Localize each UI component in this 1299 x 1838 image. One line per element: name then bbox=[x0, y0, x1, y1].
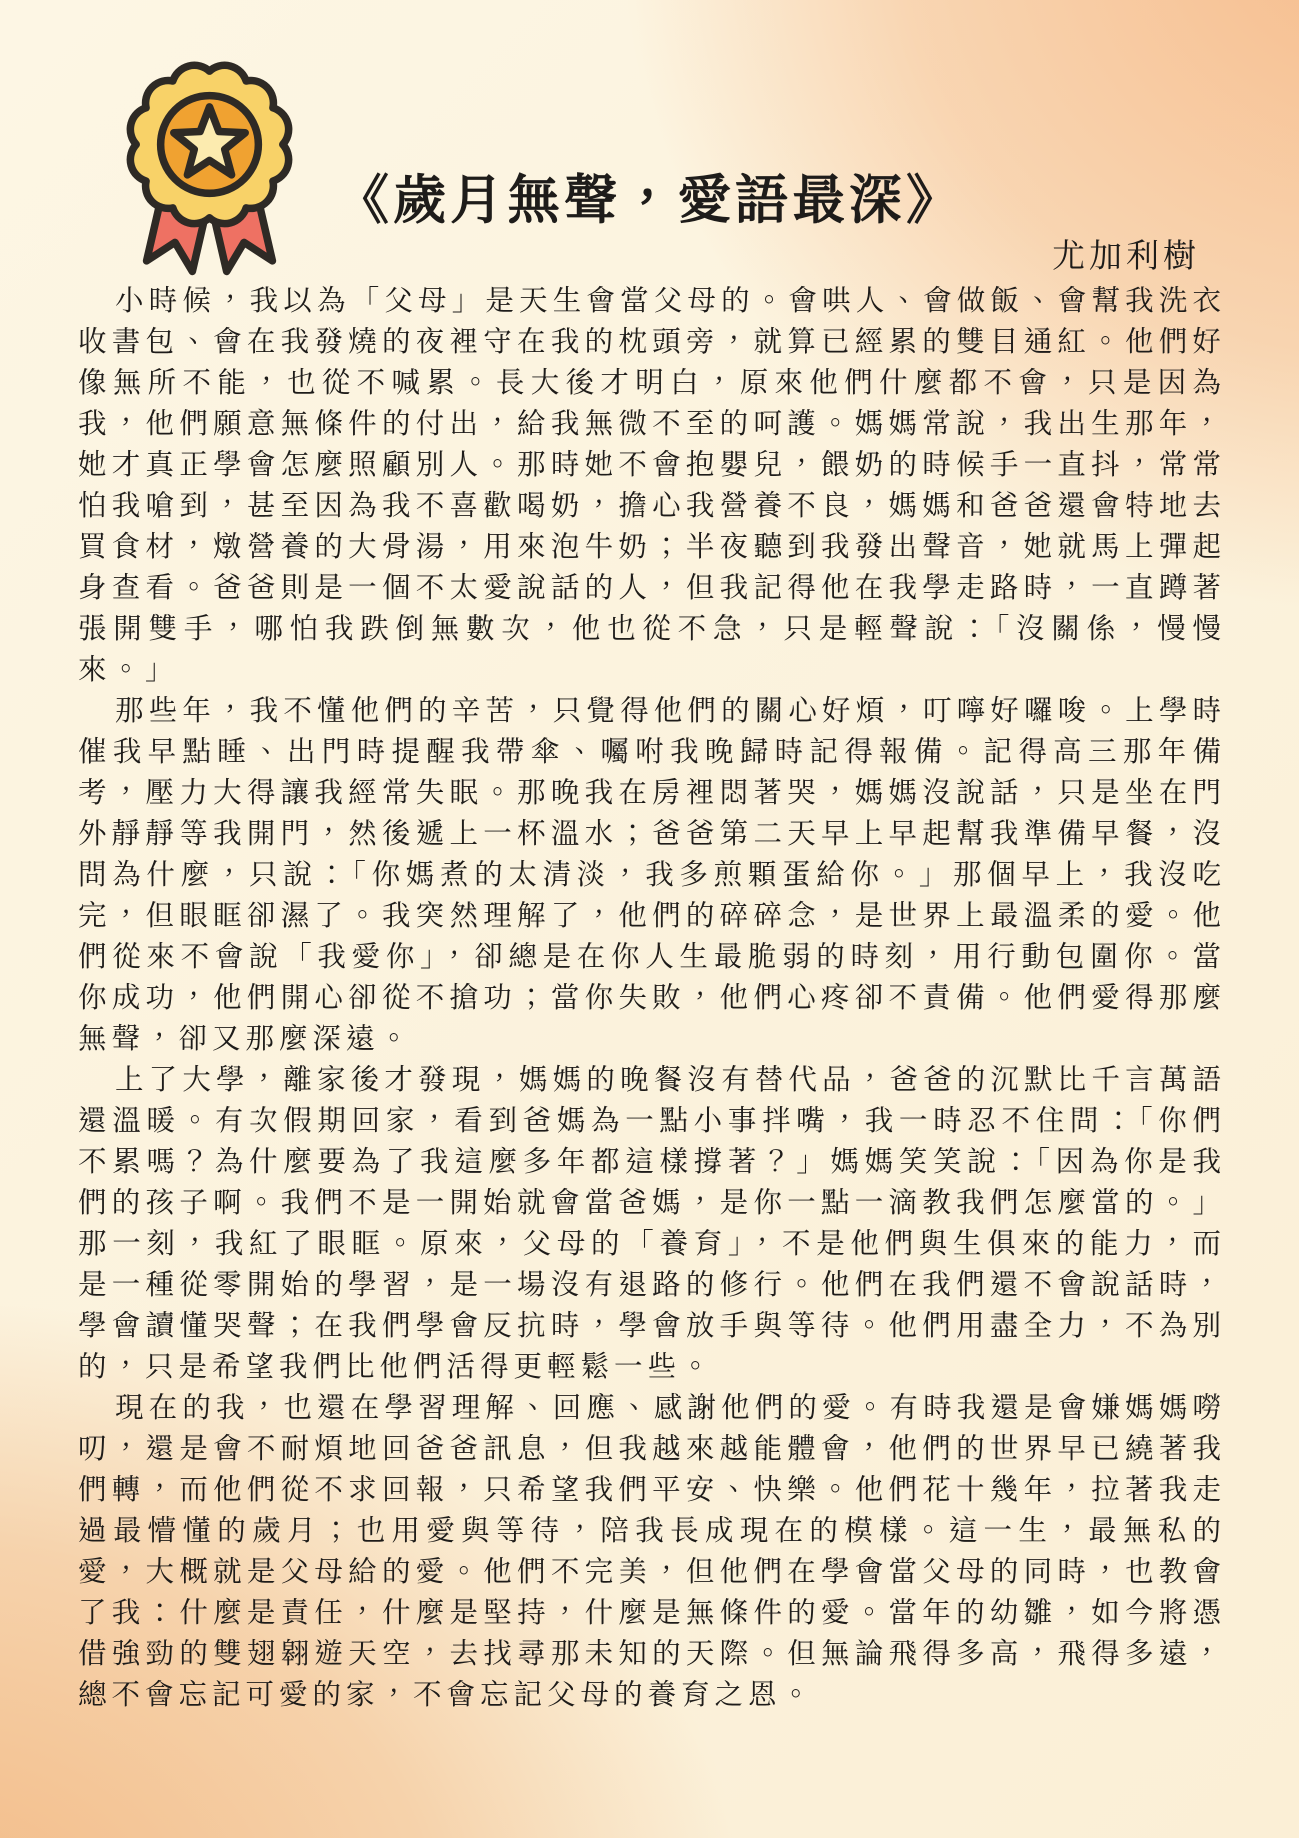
essay-paragraph: 現在的我，也還在學習理解、回應、感謝他們的愛。有時我還是會嫌媽媽嘮叨，還是會不耐… bbox=[78, 1388, 1226, 1716]
essay-paragraph: 那些年，我不懂他們的辛苦，只覺得他們的關心好煩，叮嚀好囉唆。上學時催我早點睡、出… bbox=[78, 691, 1226, 1060]
document-page: 《歲月無聲，愛語最深》 尤加利樹 小時候，我以為「父母」是天生會當父母的。會哄人… bbox=[0, 0, 1299, 1838]
essay-paragraph: 小時候，我以為「父母」是天生會當父母的。會哄人、會做飯、會幫我洗衣收書包、會在我… bbox=[78, 281, 1226, 691]
author-name: 尤加利樹 bbox=[1052, 230, 1200, 277]
essay-paragraph: 上了大學，離家後才發現，媽媽的晚餐沒有替代品，爸爸的沉默比千言萬語還溫暖。有次假… bbox=[78, 1060, 1226, 1388]
essay-body: 小時候，我以為「父母」是天生會當父母的。會哄人、會做飯、會幫我洗衣收書包、會在我… bbox=[78, 281, 1226, 1716]
page-title: 《歲月無聲，愛語最深》 bbox=[0, 158, 1299, 234]
